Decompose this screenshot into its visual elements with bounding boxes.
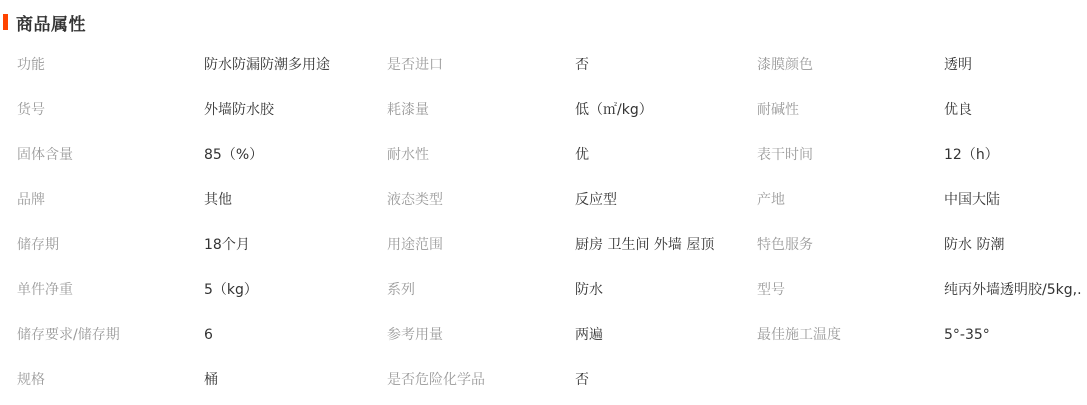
- attribute-row: 品牌 其他 液态类型 反应型 产地 中国大陆: [0, 178, 1087, 223]
- attribute-label: 型号: [757, 268, 942, 313]
- attribute-label: 耐水性: [387, 133, 572, 178]
- product-attributes-panel: 商品属性 功能 防水防漏防潮多用途 是否进口 否 漆膜颜色 透明 货号 外墙防水…: [0, 0, 1087, 405]
- attribute-row: 规格 桶 是否危险化学品 否: [0, 358, 1087, 403]
- attribute-label: 储存要求/储存期: [17, 313, 202, 358]
- attribute-label: 最佳施工温度: [757, 313, 942, 358]
- attribute-value: 85（%）: [204, 133, 384, 178]
- attribute-row: 储存期 18个月 用途范围 厨房 卫生间 外墙 屋顶 特色服务 防水 防潮: [0, 223, 1087, 268]
- attribute-label: 漆膜颜色: [757, 43, 942, 88]
- section-title: 商品属性: [16, 10, 86, 35]
- attribute-value: 6: [204, 313, 384, 358]
- attribute-value: 反应型: [575, 178, 755, 223]
- attribute-value: 优良: [944, 88, 1087, 133]
- attribute-label: 系列: [387, 268, 572, 313]
- attribute-label: 固体含量: [17, 133, 202, 178]
- attribute-value: 低（㎡/kg）: [575, 88, 755, 133]
- attribute-label: 表干时间: [757, 133, 942, 178]
- attribute-value: 优: [575, 133, 755, 178]
- attribute-label: 参考用量: [387, 313, 572, 358]
- attribute-label: 规格: [17, 358, 202, 403]
- attribute-value: 5（kg）: [204, 268, 384, 313]
- attribute-value: 其他: [204, 178, 384, 223]
- attribute-value: 否: [575, 43, 755, 88]
- attribute-value: 中国大陆: [944, 178, 1087, 223]
- attribute-value: 18个月: [204, 223, 384, 268]
- attribute-value: 5°-35°: [944, 313, 1087, 358]
- attribute-row: 功能 防水防漏防潮多用途 是否进口 否 漆膜颜色 透明: [0, 43, 1087, 88]
- attribute-label: 用途范围: [387, 223, 572, 268]
- attribute-value: 12（h）: [944, 133, 1087, 178]
- attribute-label: 功能: [17, 43, 202, 88]
- attribute-value: 外墙防水胶: [204, 88, 384, 133]
- attribute-value: 防水防漏防潮多用途: [204, 43, 384, 88]
- attribute-label: 品牌: [17, 178, 202, 223]
- attribute-value: 否: [575, 358, 755, 403]
- attribute-value: 防水 防潮: [944, 223, 1087, 268]
- attribute-value: 两遍: [575, 313, 755, 358]
- attribute-label: 单件净重: [17, 268, 202, 313]
- attributes-grid: 功能 防水防漏防潮多用途 是否进口 否 漆膜颜色 透明 货号 外墙防水胶 耗漆量…: [0, 43, 1087, 403]
- attribute-label: 是否进口: [387, 43, 572, 88]
- attribute-row: 储存要求/储存期 6 参考用量 两遍 最佳施工温度 5°-35°: [0, 313, 1087, 358]
- accent-bar-icon: [3, 14, 8, 30]
- attribute-label: 液态类型: [387, 178, 572, 223]
- attribute-value: 纯丙外墙透明胶/5kg,.: [944, 268, 1087, 313]
- attribute-label: 是否危险化学品: [387, 358, 572, 403]
- attribute-label: 耗漆量: [387, 88, 572, 133]
- attribute-label: 储存期: [17, 223, 202, 268]
- attribute-label: 特色服务: [757, 223, 942, 268]
- section-header: 商品属性: [0, 10, 86, 34]
- attribute-value: 厨房 卫生间 外墙 屋顶: [575, 223, 755, 268]
- attribute-label: 产地: [757, 178, 942, 223]
- attribute-row: 单件净重 5（kg） 系列 防水 型号 纯丙外墙透明胶/5kg,.: [0, 268, 1087, 313]
- attribute-value: 防水: [575, 268, 755, 313]
- attribute-value: 透明: [944, 43, 1087, 88]
- attribute-label: 货号: [17, 88, 202, 133]
- attribute-label: 耐碱性: [757, 88, 942, 133]
- attribute-row: 固体含量 85（%） 耐水性 优 表干时间 12（h）: [0, 133, 1087, 178]
- attribute-row: 货号 外墙防水胶 耗漆量 低（㎡/kg） 耐碱性 优良: [0, 88, 1087, 133]
- attribute-value: 桶: [204, 358, 384, 403]
